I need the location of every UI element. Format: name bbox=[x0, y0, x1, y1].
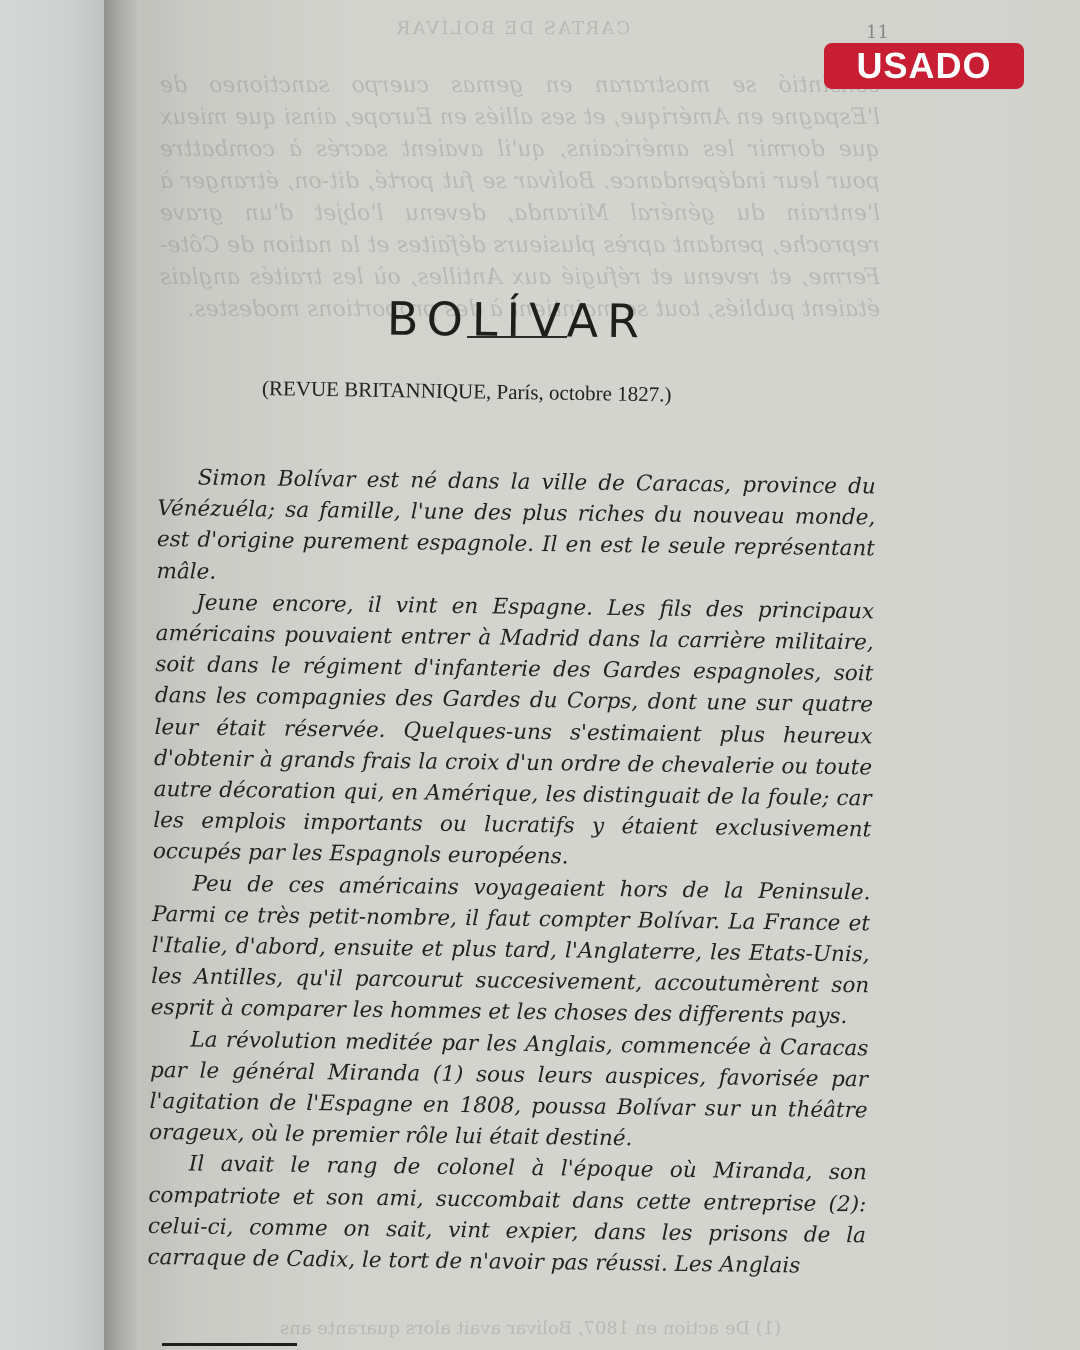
paragraph-3: Peu de ces américains voyageaient hors d… bbox=[151, 868, 871, 1033]
bleed-through-running-head: CARTAS DE BOLÍVAR bbox=[395, 18, 630, 39]
used-condition-badge: USADO bbox=[824, 43, 1024, 89]
page-number: 11 bbox=[866, 22, 889, 43]
book-gutter-shadow bbox=[104, 0, 154, 1350]
paragraph-2: Jeune encore, il vint en Espagne. Les fi… bbox=[153, 587, 875, 877]
title-divider bbox=[467, 336, 567, 338]
paragraph-1: Simon Bolívar est né dans la ville de Ca… bbox=[156, 462, 876, 596]
facing-page-edge bbox=[0, 0, 112, 1350]
bleed-through-footnote: (1) De action en 1807, Bolívar avait alo… bbox=[280, 1318, 781, 1339]
paragraph-5: Il avait le rang de colonel à l'époque o… bbox=[147, 1148, 867, 1282]
chapter-title: BOLÍVAR bbox=[340, 291, 696, 349]
footnote-divider bbox=[162, 1343, 297, 1346]
paragraph-4: La révolution meditée par les Anglais, c… bbox=[149, 1024, 869, 1158]
bleed-through-text: consintió se mostraran en gemas cuerpo s… bbox=[160, 70, 880, 326]
article-body: Simon Bolívar est né dans la ville de Ca… bbox=[147, 462, 876, 1283]
